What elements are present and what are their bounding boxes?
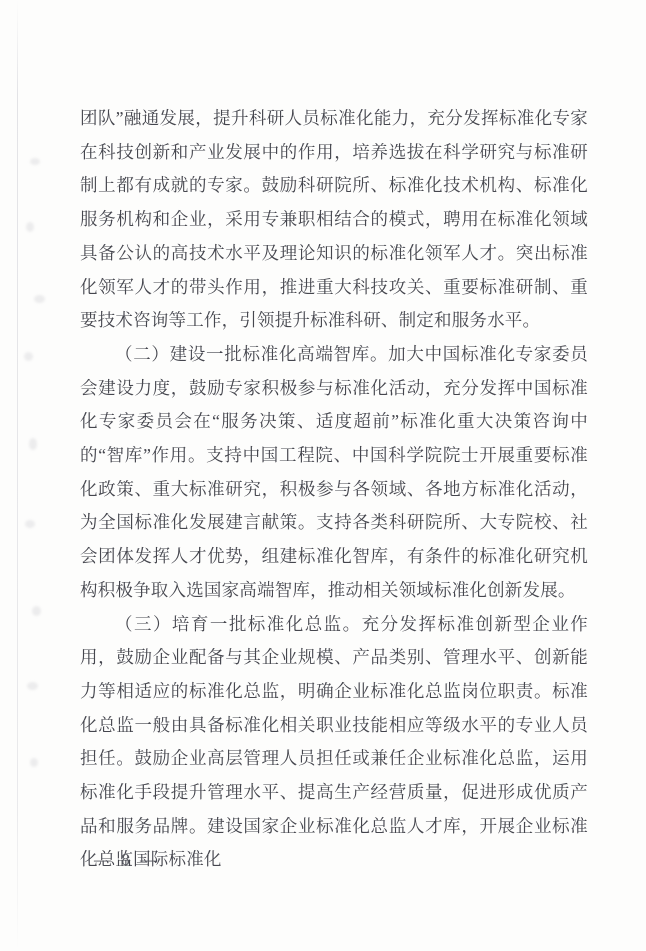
page-number: — 8 — [94, 850, 160, 870]
scan-smudge [30, 158, 40, 165]
scan-smudge [26, 222, 34, 232]
scan-smudge [24, 352, 33, 361]
scan-smudge [34, 295, 45, 303]
paragraph-section-2: （二）建设一批标准化高端智库。加大中国标准化专家委员会建设力度，鼓励专家积极参与… [80, 338, 588, 608]
scan-smudge [32, 606, 41, 616]
scan-smudge [27, 682, 38, 690]
page-edge-line [17, 0, 18, 951]
scan-smudge [25, 520, 35, 528]
paragraph-continuation: 团队”融通发展，提升科研人员标准化能力，充分发挥标准化专家在科技创新和产业发展中… [80, 102, 588, 338]
scan-smudge [29, 438, 37, 450]
paragraph-section-3: （三）培育一批标准化总监。充分发挥标准创新型企业作用，鼓励企业配备与其企业规模、… [80, 608, 588, 878]
scan-smudge [30, 758, 38, 767]
document-body-text: 团队”融通发展，提升科研人员标准化能力，充分发挥标准化专家在科技创新和产业发展中… [80, 102, 588, 877]
document-page: 团队”融通发展，提升科研人员标准化能力，充分发挥标准化专家在科技创新和产业发展中… [0, 0, 646, 951]
